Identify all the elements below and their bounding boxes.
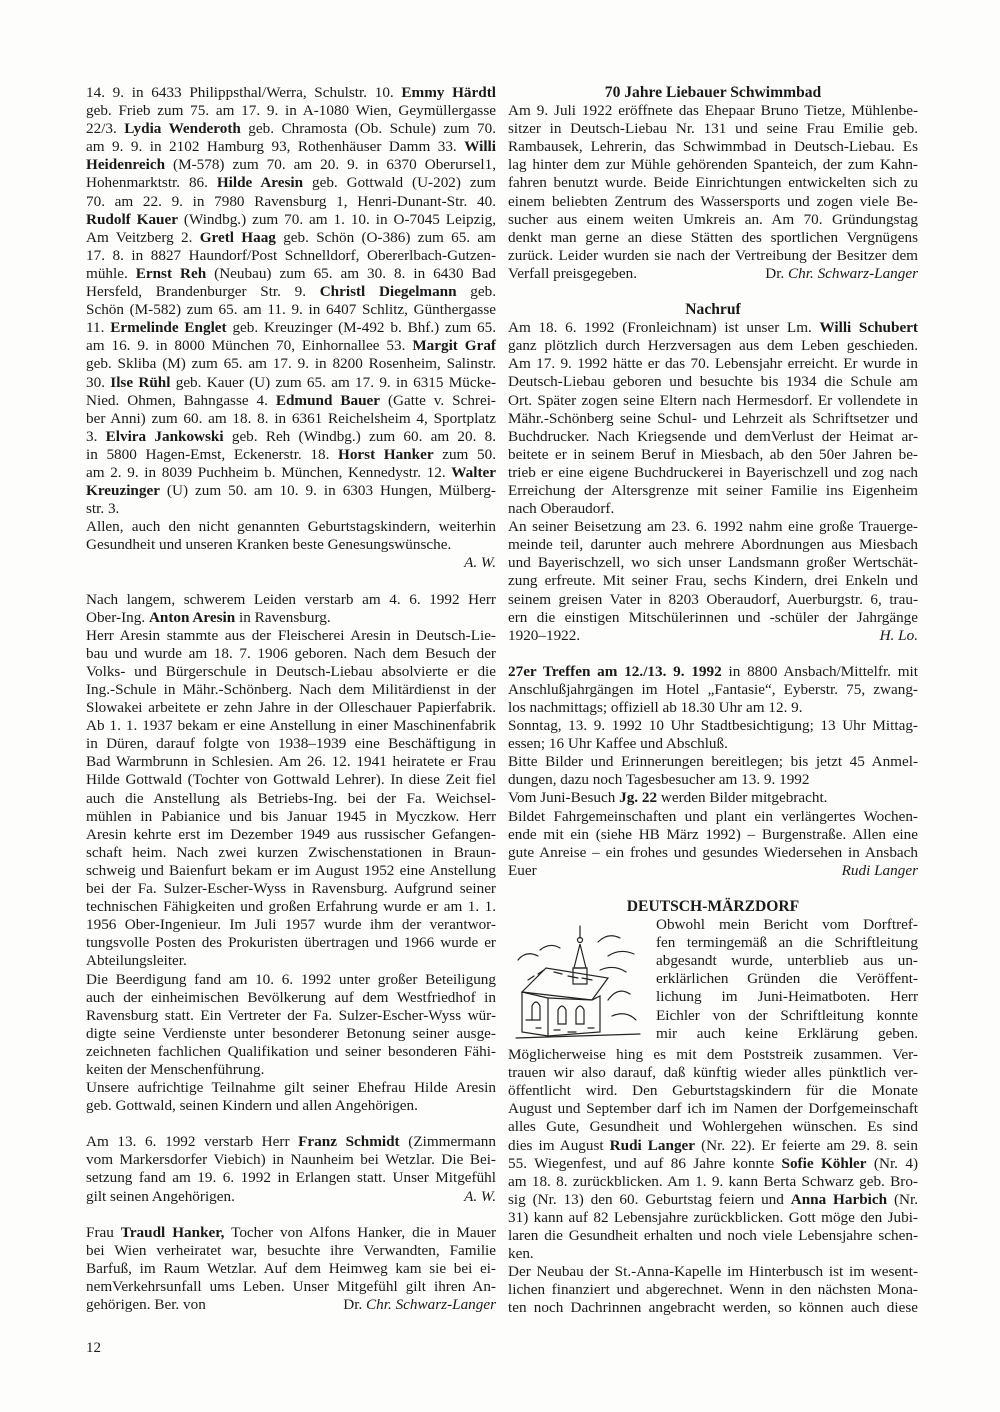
notice-line: nemVerkehrsunfall ums Leben. Unser Mitge… — [86, 1278, 496, 1296]
obituary-line: Nach langem, schwerem Leiden verstarb am… — [86, 591, 496, 609]
text-line: zung erfreute. Mit seiner Frau, sechs Ki… — [508, 572, 918, 590]
text-line: An seiner Beisetzung am 23. 6. 1992 nahm… — [508, 518, 918, 536]
person-name: Elvira Jankowski — [106, 428, 224, 445]
text-line: digte seine Verdienste unter besonderer … — [86, 1025, 496, 1043]
birthday-line: Heidenreich (M-578) zum 70. am 20. 9. in… — [86, 156, 496, 174]
text-line: Der Neubau der St.-Anna-Kapelle im Hinte… — [508, 1263, 918, 1281]
obituary-line: gilt seinen Angehörigen.A. W. — [86, 1188, 496, 1206]
birthday-line: 17. 8. in 8827 Haundorf/Post Schnelldorf… — [86, 247, 496, 265]
article-line: Anschlußjahrgängen im Hotel „Fantasie“, … — [508, 681, 918, 699]
article-line: Sonntag, 13. 9. 1992 10 Uhr Stadtbesicht… — [508, 717, 918, 735]
signature: Rudi Langer — [842, 862, 918, 880]
text-line: Möglicherweise hing es mit dem Poststrei… — [508, 1046, 918, 1064]
text-line: seinem greisen Vater in 8203 Oberaudorf,… — [508, 591, 918, 609]
deceased-name: Anton Aresin — [149, 609, 235, 626]
person-name: Ernst Reh — [136, 265, 206, 282]
birthday-line: 14. 9. in 6433 Philippsthal/Werra, Schul… — [86, 84, 496, 102]
text-line: laren die Gesundheit erhalten und noch v… — [508, 1227, 918, 1245]
text-line: mir auch keine Erklärung geben. — [656, 1025, 918, 1043]
person-name: Rudolf Kauer — [86, 211, 178, 228]
birthday-line: am 2. 9. in 8039 Puchheim b. München, Ke… — [86, 464, 496, 482]
obituary-line: Am 13. 6. 1992 verstarb Herr Franz Schmi… — [86, 1133, 496, 1151]
article-line: EuerRudi Langer — [508, 862, 918, 880]
person-name: Ilse Rühl — [110, 374, 170, 391]
person-name: Lydia Wenderoth — [124, 120, 241, 137]
text-line: auch die Anstellung als Betriebs-Ing. be… — [86, 790, 496, 808]
article-line: 1920–1922.H. Lo. — [508, 627, 918, 645]
article-line: 55. Wiegenfest, und auf 86 Jahre konnte … — [508, 1155, 918, 1173]
obituary-line: setzung fand am 19. 6. 1992 in Erlangen … — [86, 1169, 496, 1187]
text-line: abgesandt wurde, unterblieb aus un- — [656, 952, 918, 970]
obituary-aresin: Nach langem, schwerem Leiden verstarb am… — [86, 591, 496, 1116]
obituary-line: vom Markersdorfer Viebich) in Naunheim b… — [86, 1151, 496, 1169]
text-line: ende mit ein (siehe HB März 1992) – Burg… — [508, 826, 918, 844]
person-name: Edmund Bauer — [276, 392, 380, 409]
text-line: August und September darf ich im Namen d… — [508, 1100, 918, 1118]
text-line: zeichneten fachlichen Qualifikation und … — [86, 1043, 496, 1061]
left-column: 14. 9. in 6433 Philippsthal/Werra, Schul… — [86, 84, 496, 1314]
text-line: in Düren, darauf folgte von 1938–1939 ei… — [86, 735, 496, 753]
article-swimming-pool: 70 Jahre Liebauer Schwimmbad Am 9. Juli … — [508, 84, 918, 283]
person-name: Walter — [451, 464, 496, 481]
birthday-line: 3. Elvira Jankowski geb. Reh (Windbg.) z… — [86, 428, 496, 446]
text-line: fen termingemäß an die Schriftleitung — [656, 934, 918, 952]
birthday-line: am 9. 9. in 2102 Hamburg 93, Rothenhäuse… — [86, 138, 496, 156]
text-line: Am 17. 9. 1992 hätte er das 70. Lebensja… — [508, 355, 918, 373]
text-line: Herr Aresin stammte aus der Fleischerei … — [86, 627, 496, 645]
text-line: und Bayerischzell, wo sich unser Landsma… — [508, 554, 918, 572]
person-name: Kreuzinger — [86, 482, 160, 499]
obituary-line: geb. Gottwald, seinen Kindern und allen … — [86, 1097, 496, 1115]
text-line: denkt man gerne an diese Stätten des spo… — [508, 229, 918, 247]
person-name: Margit Graf — [412, 337, 496, 354]
birthday-line: Kreuzinger (U) zum 50. am 10. 9. in 6303… — [86, 482, 496, 500]
article-line: los nachmittags; offiziell ab 18.30 Uhr … — [508, 699, 918, 717]
birthday-line: Nied. Ohmen, Bahngasse 4. Edmund Bauer (… — [86, 392, 496, 410]
text-line: meinde teil, darunter auch mehrere Abord… — [508, 536, 918, 554]
birthday-list: 14. 9. in 6433 Philippsthal/Werra, Schul… — [86, 84, 496, 500]
article-line: nach Oberaudorf. — [508, 500, 918, 518]
event-title: 27er Treffen am 12./13. 9. 1992 — [508, 663, 722, 680]
birthday-line: Rudolf Kauer (Windbg.) zum 70. am 1. 10.… — [86, 211, 496, 229]
article-title: 70 Jahre Liebauer Schwimmbad — [508, 84, 918, 102]
obituary-line: Abteilungsleiter. — [86, 952, 496, 970]
signature: H. Lo. — [880, 627, 918, 645]
text-line: 1956 Ober-Ingenieur. Im Juli 1957 wurde … — [86, 916, 496, 934]
notice-hanker: Frau Traudl Hanker, Tocher von Alfons Ha… — [86, 1224, 496, 1314]
text-line: beitete er in seinem Beruf in Miesbach, … — [508, 446, 918, 464]
birthday-line: Schön (M-582) zum 65. am 11. 9. in 6407 … — [86, 301, 496, 319]
article-line: Bitte Bilder und Erinnerungen bereitlege… — [508, 753, 918, 771]
birthday-line: mühle. Ernst Reh (Neubau) zum 65. am 30.… — [86, 265, 496, 283]
text-line: ganz plötzlich durch Herzversagen aus de… — [508, 337, 918, 355]
birthday-line: Am Veitzberg 2. Gretl Haag geb. Schön (O… — [86, 229, 496, 247]
birthday-line: geb. Frieb zum 75. am 17. 9. in A-1080 W… — [86, 102, 496, 120]
obituary-line: keiten der Menschenführung. — [86, 1061, 496, 1079]
text-line: Bildet Fahrgemeinschaften und plant ein … — [508, 808, 918, 826]
text-line: auch der einheimischen Bevölkerung auf d… — [86, 989, 496, 1007]
person-name: Horst Hanker — [338, 446, 434, 463]
text-line: schaft heim. Nach zwei kurzen Zwischenst… — [86, 844, 496, 862]
birthday-line: in 5800 Hagen-Emst, Eckenerstr. 18. Hors… — [86, 446, 496, 464]
text-line: Obwohl mein Bericht vom Dorftref- — [656, 916, 918, 934]
signature: Dr. Chr. Schwarz-Langer — [765, 265, 918, 283]
text-line: bei der Fa. Sulzer-Escher-Wyss in Ravens… — [86, 880, 496, 898]
article-line: ken. — [508, 1245, 918, 1263]
text-line: bau und wurde am 18. 7. 1906 geboren. Na… — [86, 645, 496, 663]
obituary-line: Ober-Ing. Anton Aresin in Ravensburg. — [86, 609, 496, 627]
birthday-line: ber Anni) zum 60. am 18. 8. in 6361 Reic… — [86, 410, 496, 428]
text-line: tungsvolle Posten des Prokuristen übertr… — [86, 934, 496, 952]
person-name: Ermelinde Englet — [110, 319, 226, 336]
notice-line: gehörigen. Ber. vonDr. Chr. Schwarz-Lang… — [86, 1296, 496, 1314]
birthday-line: 11. Ermelinde Englet geb. Kreuzinger (M-… — [86, 319, 496, 337]
person-name: Gretl Haag — [200, 229, 276, 246]
birthday-line: 70. am 22. 9. in 7980 Ravensburg 1, Henr… — [86, 193, 496, 211]
article-line: Vom Juni-Besuch Jg. 22 werden Bilder mit… — [508, 789, 918, 807]
birthday-line: Hersfeld, Brandenburger Str. 9. Christl … — [86, 283, 496, 301]
text-line: Die Beerdigung fand am 10. 6. 1992 unter… — [86, 971, 496, 989]
text-line: Buchdrucker. Nach Kriegsende und demVerl… — [508, 428, 918, 446]
text-line: Ort. Später zogen seine Eltern nach Herm… — [508, 392, 918, 410]
text-line: ern die einstigen Mitschülerinnen und -s… — [508, 609, 918, 627]
text-line: Eichler von der Schriftleitung konnte — [656, 1007, 918, 1025]
article-title: Nachruf — [508, 301, 918, 319]
text-line: Erreichung der Altersgrenze mit seiner F… — [508, 482, 918, 500]
birthday-closing-line: Gesundheit und unseren Kranken beste Gen… — [86, 536, 496, 554]
article-line: am 18. 8. zurückblicken. Am 1. 9. kann B… — [508, 1173, 918, 1191]
text-line: ten noch Dachrinnen angebracht werden, s… — [508, 1299, 918, 1317]
text-line: Ing.-Schule in Mähr.-Schönberg. Nach dem… — [86, 681, 496, 699]
notice-line: Barfuß, im Raum Wetzlar. Auf dem Heimweg… — [86, 1260, 496, 1278]
deceased-name: Willi Schubert — [819, 319, 918, 336]
birthday-line: Hohenmarktstr. 86. Hilde Aresin geb. Got… — [86, 174, 496, 192]
person-name: Hilde Aresin — [217, 174, 303, 191]
text-line: einem beliebten Zentrum des Wassersports… — [508, 193, 918, 211]
right-column: 70 Jahre Liebauer Schwimmbad Am 9. Juli … — [508, 84, 918, 1317]
birthday-line: 30. Ilse Rühl geb. Kauer (U) zum 65. am … — [86, 374, 496, 392]
signature: Dr. Chr. Schwarz-Langer — [343, 1296, 496, 1314]
text-line: Deutsch-Liebau geboren und besuchte bis … — [508, 373, 918, 391]
birthday-closing-line: Allen, auch den nicht genannten Geburtst… — [86, 518, 496, 536]
article-maerzdorf: DEUTSCH-MÄRZDORF — [508, 898, 918, 1318]
birthday-line: 22/3. Lydia Wenderoth geb. Chramosta (Ob… — [86, 120, 496, 138]
article-line: essen; 16 Uhr Kaffee und Abschluß. — [508, 735, 918, 753]
text-line: fahren benutzt wurde. Beide Einrichtunge… — [508, 174, 918, 192]
text-line: Mähr.-Schönberg seine Schul- und Lehrzei… — [508, 410, 918, 428]
person-name: Heidenreich — [86, 156, 165, 173]
article-line: dies im August Rudi Langer (Nr. 22). Er … — [508, 1137, 918, 1155]
article-meeting: 27er Treffen am 12./13. 9. 1992 in 8800 … — [508, 663, 918, 880]
text-line: technischen Fähigkeiten und großen Erfah… — [86, 898, 496, 916]
text-line: Ab 1. 1. 1937 bekam er eine Anstellung i… — [86, 717, 496, 735]
birthday-line: am 16. 9. in 8000 München 70, Einhornall… — [86, 337, 496, 355]
deceased-name: Franz Schmidt — [298, 1133, 399, 1150]
article-line: sig (Nr. 13) den 60. Geburtstag feiern u… — [508, 1191, 918, 1209]
text-line: sucher aus einem weiten Umkreis an. Am 7… — [508, 211, 918, 229]
article-nachruf: Nachruf Am 18. 6. 1992 (Fronleichnam) is… — [508, 301, 918, 645]
birthday-line: geb. Skliba (M) zum 65. am 17. 9. in 820… — [86, 355, 496, 373]
text-line: schweig und Baienfurt bekam er im August… — [86, 862, 496, 880]
obituary-line: Unsere aufrichtige Teilnahme gilt seiner… — [86, 1079, 496, 1097]
text-line: öffentlicht wird. Den Geburtstagskindern… — [508, 1082, 918, 1100]
text-line: Rambausek, Lehrerin, das Schwimmbad in D… — [508, 138, 918, 156]
text-line: Bad Warmbrunn in Schlesien. Am 26. 12. 1… — [86, 753, 496, 771]
text-line: Slowakei arbeitete er zehn Jahre in der … — [86, 699, 496, 717]
page-number: 12 — [86, 1340, 101, 1357]
person-name: Emmy Härdtl — [401, 84, 496, 101]
text-line: sitzer in Deutsch-Liebau Nr. 131 und sei… — [508, 120, 918, 138]
text-line: Volks- und Bürgerschule in Deutsch-Lieba… — [86, 663, 496, 681]
article-line: 27er Treffen am 12./13. 9. 1992 in 8800 … — [508, 663, 918, 681]
text-line: erklärlichen Gründen die Veröffent- — [656, 970, 918, 988]
text-line: gute Anreise – ein frohes und gesundes W… — [508, 844, 918, 862]
text-line: Hilde Gottwald (Tochter von Gottwald Leh… — [86, 771, 496, 789]
text-line: 31) kann auf 82 Lebensjahre zurückblicke… — [508, 1209, 918, 1227]
text-line: Am 9. Juli 1922 eröffnete das Ehepaar Br… — [508, 102, 918, 120]
church-sketch-icon — [508, 920, 656, 1046]
text-line: Aresin kehrte erst im Dezember 1949 aus … — [86, 826, 496, 844]
birthday-last-line: str. 3. — [86, 500, 496, 518]
person-name: Willi — [464, 138, 496, 155]
text-line: Ravensburg statt. Ein Vertreter der Fa. … — [86, 1007, 496, 1025]
article-line: dungen, dazu noch Tagesbesucher am 13. 9… — [508, 771, 918, 789]
text-line: alles Gute, Gesundheit und Wohlergehen w… — [508, 1118, 918, 1136]
text-line: trieb er eine eigene Buchdruckerei in Ba… — [508, 464, 918, 482]
signature: A. W. — [464, 1188, 496, 1206]
text-line: lichung im Juni-Heimatboten. Herr — [656, 988, 918, 1006]
article-title: DEUTSCH-MÄRZDORF — [508, 898, 918, 916]
birthday-signature: A. W. — [86, 554, 496, 572]
obituary-schmidt: Am 13. 6. 1992 verstarb Herr Franz Schmi… — [86, 1133, 496, 1205]
text-line: zurück. Leider wurden sie nach der Vertr… — [508, 247, 918, 265]
article-line: Am 18. 6. 1992 (Fronleichnam) ist unser … — [508, 319, 918, 337]
person-name: Christl Diegelmann — [320, 283, 457, 300]
article-line: Verfall preisgegeben.Dr. Chr. Schwarz-La… — [508, 265, 918, 283]
person-name: Traudl Hanker, — [121, 1224, 225, 1241]
text-line: mühlen in Pabianice und bis Januar 1945 … — [86, 808, 496, 826]
notice-line: bei Wien verheiratet war, besuchte ihre … — [86, 1242, 496, 1260]
notice-line: Frau Traudl Hanker, Tocher von Alfons Ha… — [86, 1224, 496, 1242]
text-line: lichen finanziert und abgerechnet. Wenn … — [508, 1281, 918, 1299]
text-line: trauen wir also darauf, daß künftig wied… — [508, 1064, 918, 1082]
text-line: lag hinter dem zur Mühle gehörenden Span… — [508, 156, 918, 174]
